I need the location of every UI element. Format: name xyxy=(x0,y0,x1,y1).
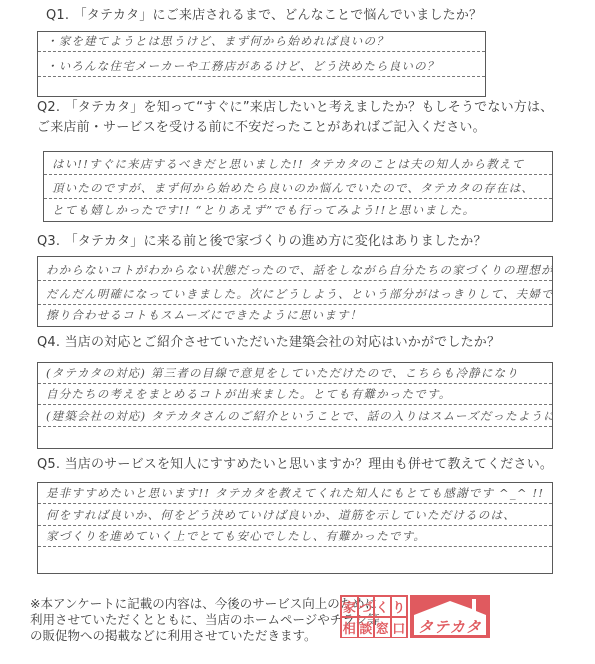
logo-cell: 家 xyxy=(341,596,358,617)
logo-cell: く xyxy=(374,596,391,617)
footer-note-line: の販促物への掲載などに利用させていただきます。 xyxy=(30,628,380,644)
q1-answer-box: ・家を建てようとは思うけど、まず何から始めれば良いの？ ・いろんな住宅メーカーや… xyxy=(37,31,486,97)
logo-cell: り xyxy=(391,596,408,617)
q1-answer-line: ・家を建てようとは思うけど、まず何から始めれば良いの？ xyxy=(38,32,485,52)
q5-answer-box: 是非すすめたいと思います!! タテカタを教えてくれた知人にもとても感謝です ^_… xyxy=(37,482,553,574)
logo-cell: 口 xyxy=(391,617,408,638)
q5-answer-line: 是非すすめたいと思います!! タテカタを教えてくれた知人にもとても感謝です ^_… xyxy=(38,483,552,504)
q3-title: Q3. 「タテカタ」に来る前と後で家づくりの進め方に変化はありましたか？ xyxy=(37,232,487,252)
q4-answer-line xyxy=(38,427,552,447)
q1-answer-line xyxy=(38,77,485,95)
q4-answer-line: (タテカタの対応) 第三者の目線で意見をしていただけたので、こちらも冷静になり xyxy=(38,363,552,384)
logo-brand-text: タテカタ xyxy=(418,616,482,637)
q3-answer-line: 擦り合わせるコトもスムーズにできたように思います！ xyxy=(38,305,552,325)
footer-disclaimer: ※本アンケートに記載の内容は、今後のサービス向上のために 利用させていただくとと… xyxy=(30,596,380,644)
footer-note-line: ※本アンケートに記載の内容は、今後のサービス向上のために xyxy=(30,596,380,612)
q4-answer-box: (タテカタの対応) 第三者の目線で意見をしていただけたので、こちらも冷静になり … xyxy=(37,362,553,449)
q4-title: Q4. 当店の対応とご紹介させていただいた建築会社の対応はいかがでしたか？ xyxy=(37,333,500,353)
logo-cell: 窓 xyxy=(374,617,391,638)
q5-title: Q5. 当店のサービスを知人にすすめたいと思いますか？理由も併せて教えてください… xyxy=(37,455,553,475)
logo-brand-block: タテカタ xyxy=(410,595,490,638)
q1-answer-line: ・いろんな住宅メーカーや工務店があるけど、どう決めたら良いの？ xyxy=(38,52,485,77)
footer-note-line: 利用させていただくとともに、当店のホームページやチラシ等 xyxy=(30,612,380,628)
q2-title-line-1: Q2. 「タテカタ」を知って“すぐに”来店したいと考えましたか？もしそうでない方… xyxy=(37,98,553,118)
q4-answer-line: 自分たちの考えをまとめるコトが出来ました。とても有難かったです。 xyxy=(38,384,552,405)
q5-answer-line: 何をすれば良いか、何をどう決めていけば良いか、道筋を示していただけるのは、 xyxy=(38,504,552,526)
q5-answer-line xyxy=(38,547,552,572)
logo-grid: 家 づ く り 相 談 窓 口 xyxy=(340,595,408,638)
q4-answer-line: (建築会社の対応) タテカタさんのご紹介ということで、話の入りはスムーズだったよ… xyxy=(38,405,552,427)
q3-answer-line: わからないコトがわからない状態だったので、話をしながら自分たちの家づくりの理想が xyxy=(38,257,552,281)
q2-answer-line: 頂いたのですが、まず何から始めたら良いのか悩んでいたので、タテカタの存在は、 xyxy=(44,175,552,199)
q2-answer-line: はい!!すぐに来店するべきだと思いました!! タテカタのことは夫の知人から教えて xyxy=(44,152,552,175)
q2-answer-box: はい!!すぐに来店するべきだと思いました!! タテカタのことは夫の知人から教えて… xyxy=(43,151,553,222)
logo-cell: 相 xyxy=(341,617,358,638)
q2-title-line-2: ご来店前・サービスを受ける前に不安だったことがあればご記入ください。 xyxy=(37,118,486,138)
logo-cell: づ xyxy=(358,596,375,617)
logo-cell: 談 xyxy=(358,617,375,638)
q3-answer-box: わからないコトがわからない状態だったので、話をしながら自分たちの家づくりの理想が… xyxy=(37,256,553,327)
q1-title: Q1. 「タテカタ」にご来店されるまで、どんなことで悩んでいましたか？ xyxy=(46,6,482,26)
q2-answer-line: とても嬉しかったです!! “とりあえず”でも行ってみよう!!と思いました。 xyxy=(44,199,552,220)
q5-answer-line: 家づくりを進めていく上でとても安心でしたし、有難かったです。 xyxy=(38,526,552,547)
q3-answer-line: だんだん明確になっていきました。次にどうしよう、という部分がはっきりして、夫婦で… xyxy=(38,281,552,305)
tatekata-logo: 家 づ く り 相 談 窓 口 タテカタ xyxy=(340,595,490,638)
